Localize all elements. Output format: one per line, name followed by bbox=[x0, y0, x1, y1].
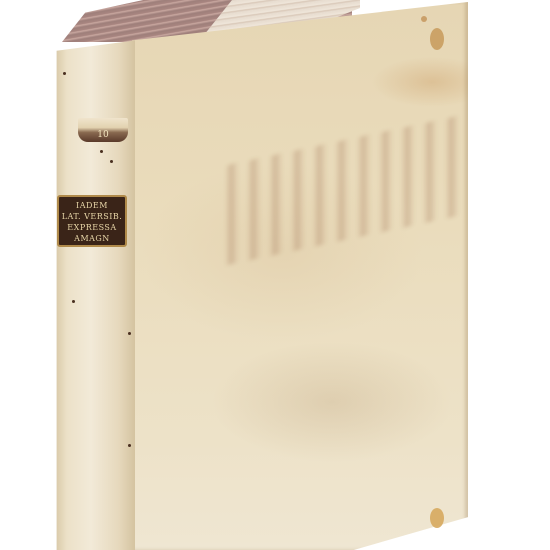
wormhole bbox=[128, 444, 131, 447]
cover-stain-small bbox=[421, 16, 427, 22]
volume-number: 10 bbox=[97, 130, 108, 140]
cover-stain-top bbox=[430, 28, 444, 50]
cover-stain-bottom bbox=[430, 508, 444, 528]
title-line: LAT. VERSIB. bbox=[59, 211, 125, 222]
title-line: IADEM bbox=[59, 200, 125, 211]
book-photo: 10 IADEM LAT. VERSIB. EXPRESSA AMAGN bbox=[0, 0, 550, 550]
book-spine bbox=[55, 30, 135, 550]
title-line: EXPRESSA bbox=[59, 222, 125, 233]
front-cover bbox=[132, 2, 468, 550]
wormhole bbox=[72, 300, 75, 303]
wormhole bbox=[110, 160, 113, 163]
title-line: AMAGN bbox=[59, 233, 125, 244]
spine-volume-label: 10 bbox=[78, 118, 128, 142]
spine-title-label: IADEM LAT. VERSIB. EXPRESSA AMAGN bbox=[57, 195, 127, 247]
wormhole bbox=[128, 332, 131, 335]
wormhole bbox=[100, 150, 103, 153]
wormhole bbox=[63, 72, 66, 75]
